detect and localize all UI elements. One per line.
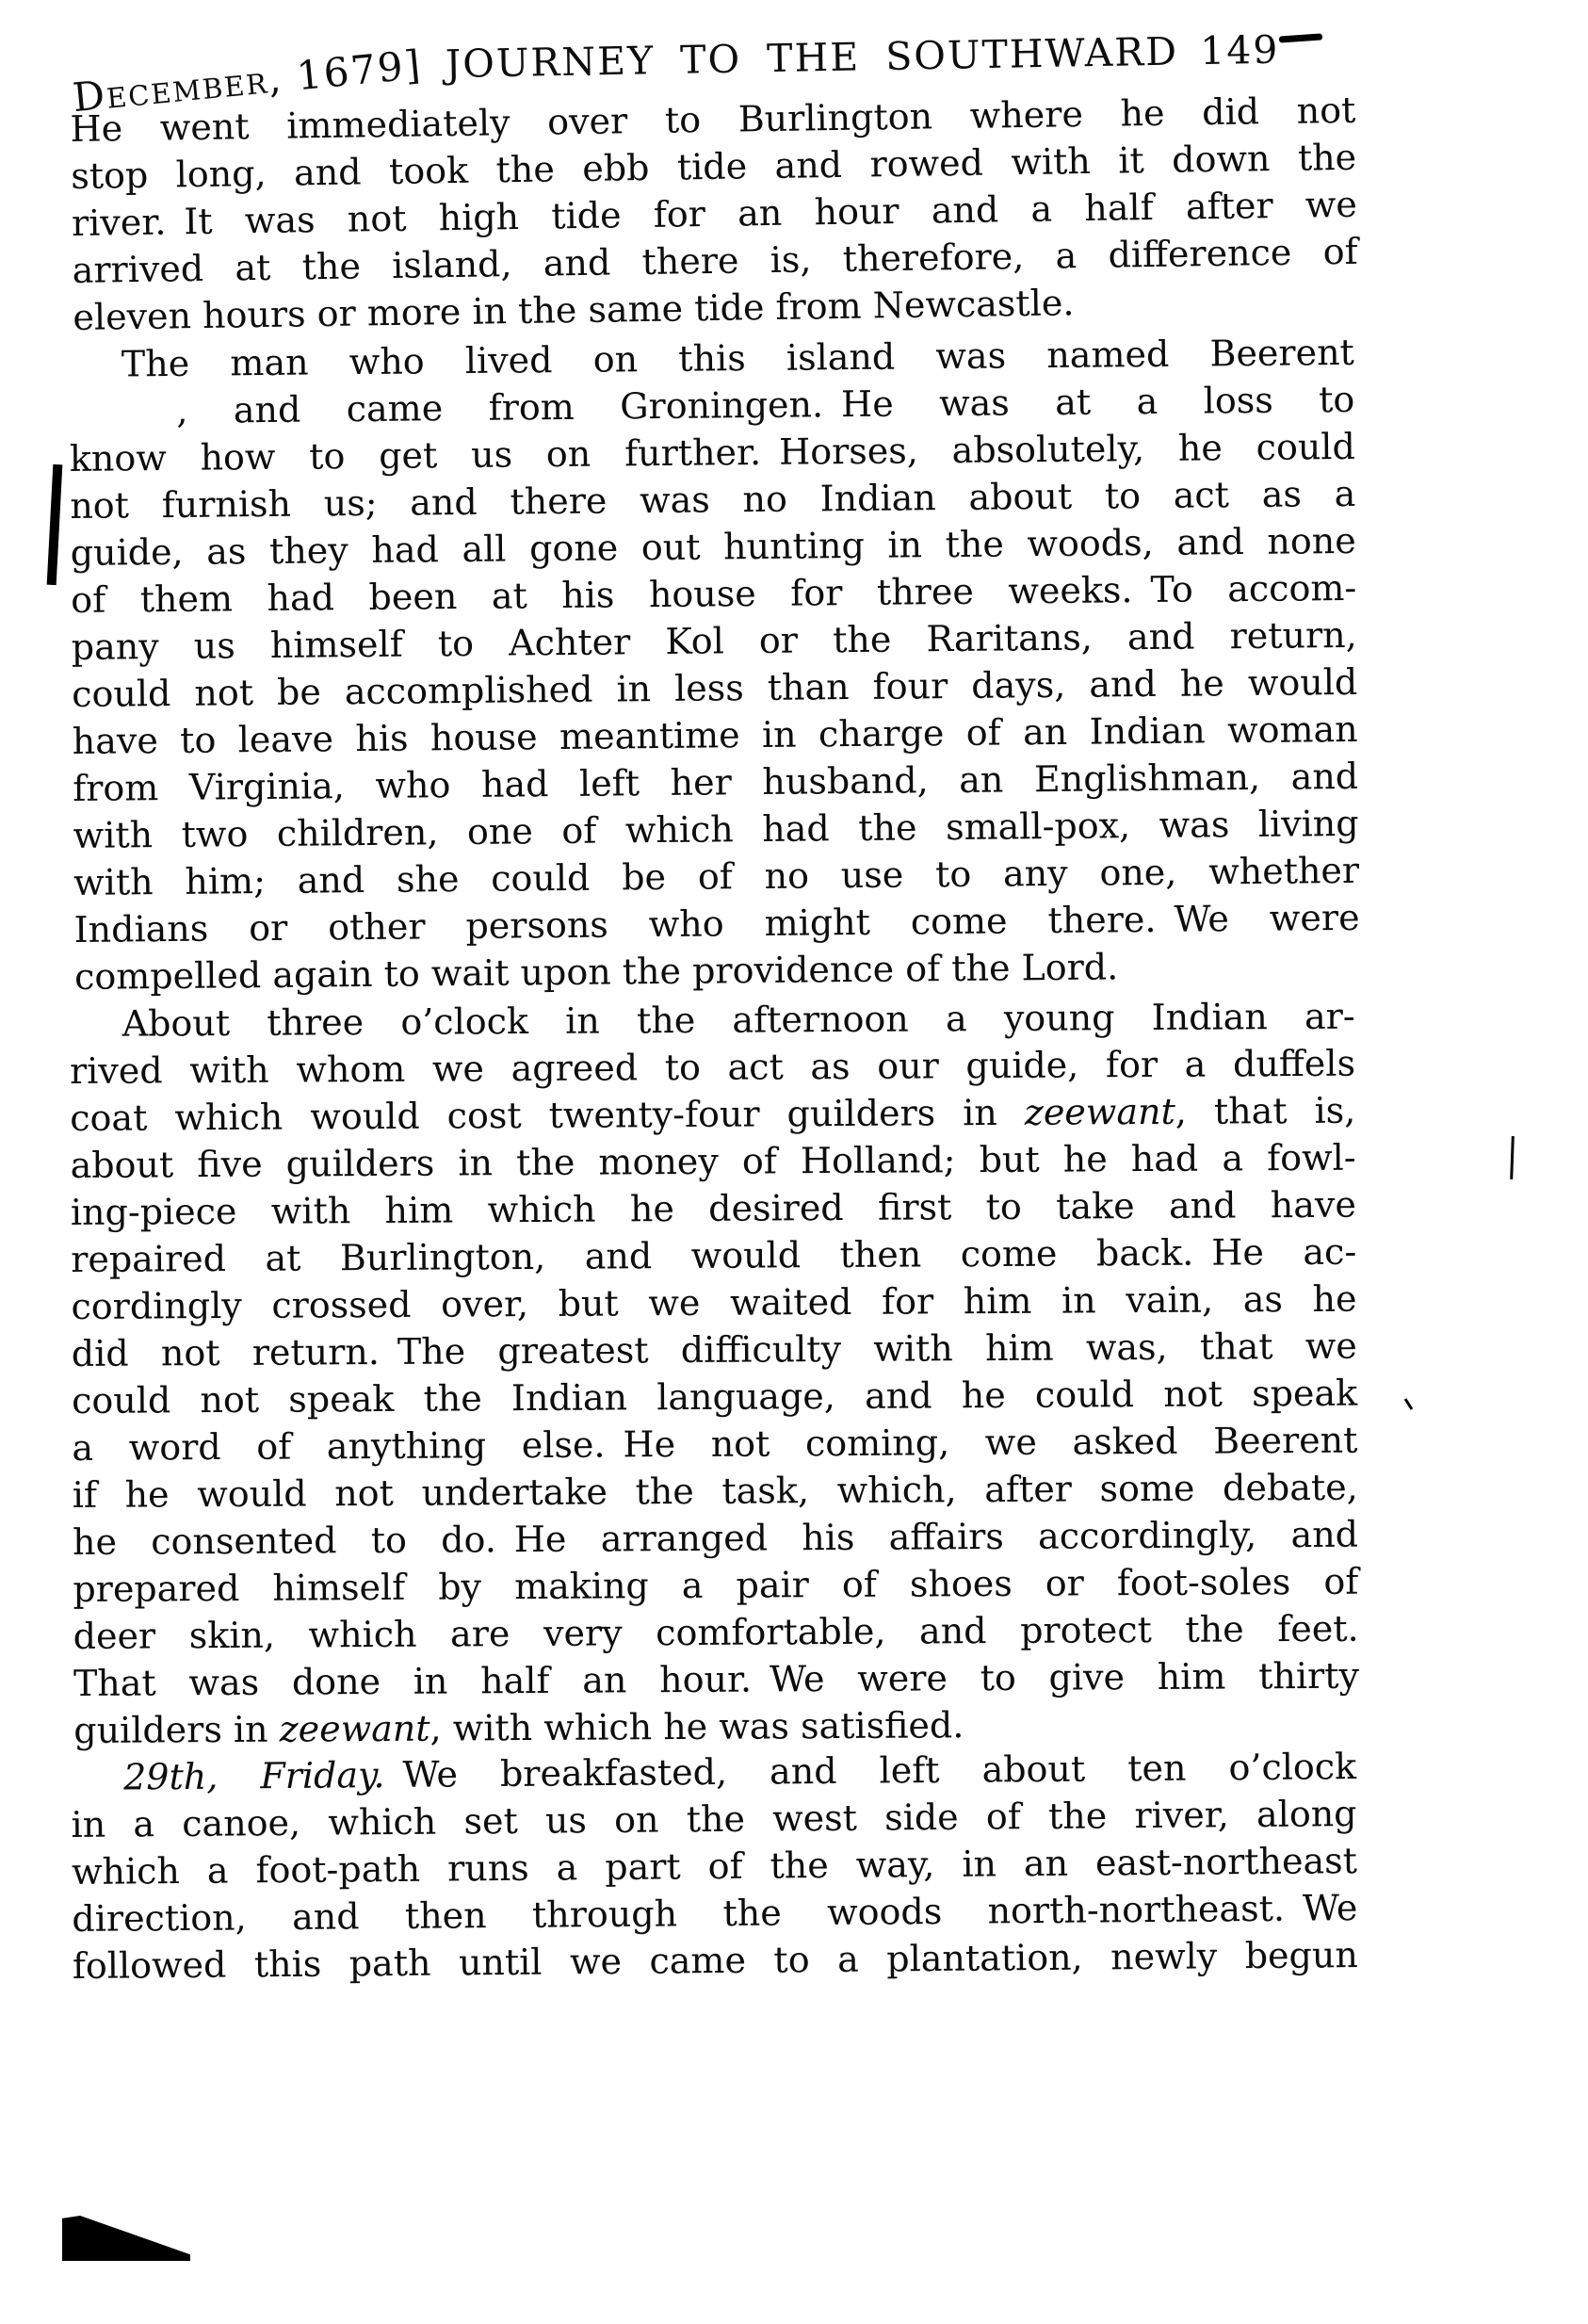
paragraph: About three o’clock in the afternoon a y… bbox=[70, 993, 1360, 1754]
text-line: could not speak the Indian language, and… bbox=[72, 1370, 1357, 1424]
header-title: JOURNEY TO THE SOUTHWARD bbox=[423, 28, 1200, 87]
left-margin-ink-bar bbox=[47, 464, 63, 585]
paragraph: 29th, Friday. We breakfasted, and left a… bbox=[71, 1743, 1358, 1990]
running-head: December, 1679] JOURNEY TO THE SOUTHWARD… bbox=[73, 24, 1359, 93]
text-line: he consented to do. He arranged his affa… bbox=[73, 1511, 1358, 1566]
text-line: deer skin, which are very comfortable, a… bbox=[73, 1605, 1359, 1660]
text-line: rived with whom we agreed to act as our … bbox=[70, 1040, 1355, 1095]
text-line: followed this path until we came to a pl… bbox=[73, 1931, 1358, 1990]
text-line: prepared himself by making a pair of sho… bbox=[73, 1558, 1358, 1613]
text-line: ing-piece with him which he desired firs… bbox=[71, 1181, 1356, 1236]
text-line: did not return. The greatest difficulty … bbox=[72, 1323, 1357, 1377]
text-block: He went immediately over to Burlington w… bbox=[72, 106, 1357, 1990]
text-line: That was done in half an hour. We were t… bbox=[73, 1652, 1359, 1707]
paragraph: He went immediately over to Burlington w… bbox=[70, 87, 1359, 341]
right-margin-ink-tick bbox=[1510, 1136, 1515, 1179]
book-page: December, 1679] JOURNEY TO THE SOUTHWARD… bbox=[0, 0, 1588, 2324]
paragraph: The man who lived on this island was nam… bbox=[69, 329, 1361, 1000]
text-line: About three o’clock in the afternoon a y… bbox=[70, 993, 1355, 1048]
text-line: about five guilders in the money of Holl… bbox=[70, 1134, 1355, 1189]
text-line: coat which would cost twenty-four guilde… bbox=[70, 1087, 1355, 1142]
bottom-left-ink-wedge bbox=[62, 2216, 190, 2261]
text-line: repaired at Burlington, and would then c… bbox=[71, 1228, 1356, 1283]
right-margin-ink-scratch bbox=[1404, 1398, 1413, 1410]
text-line: if he would not undertake the task, whic… bbox=[73, 1464, 1358, 1519]
text-line: cordingly crossed over, but we waited fo… bbox=[71, 1276, 1356, 1330]
page-number: 149 bbox=[1200, 27, 1280, 73]
text-line: a word of anything else. He not coming, … bbox=[72, 1417, 1357, 1471]
